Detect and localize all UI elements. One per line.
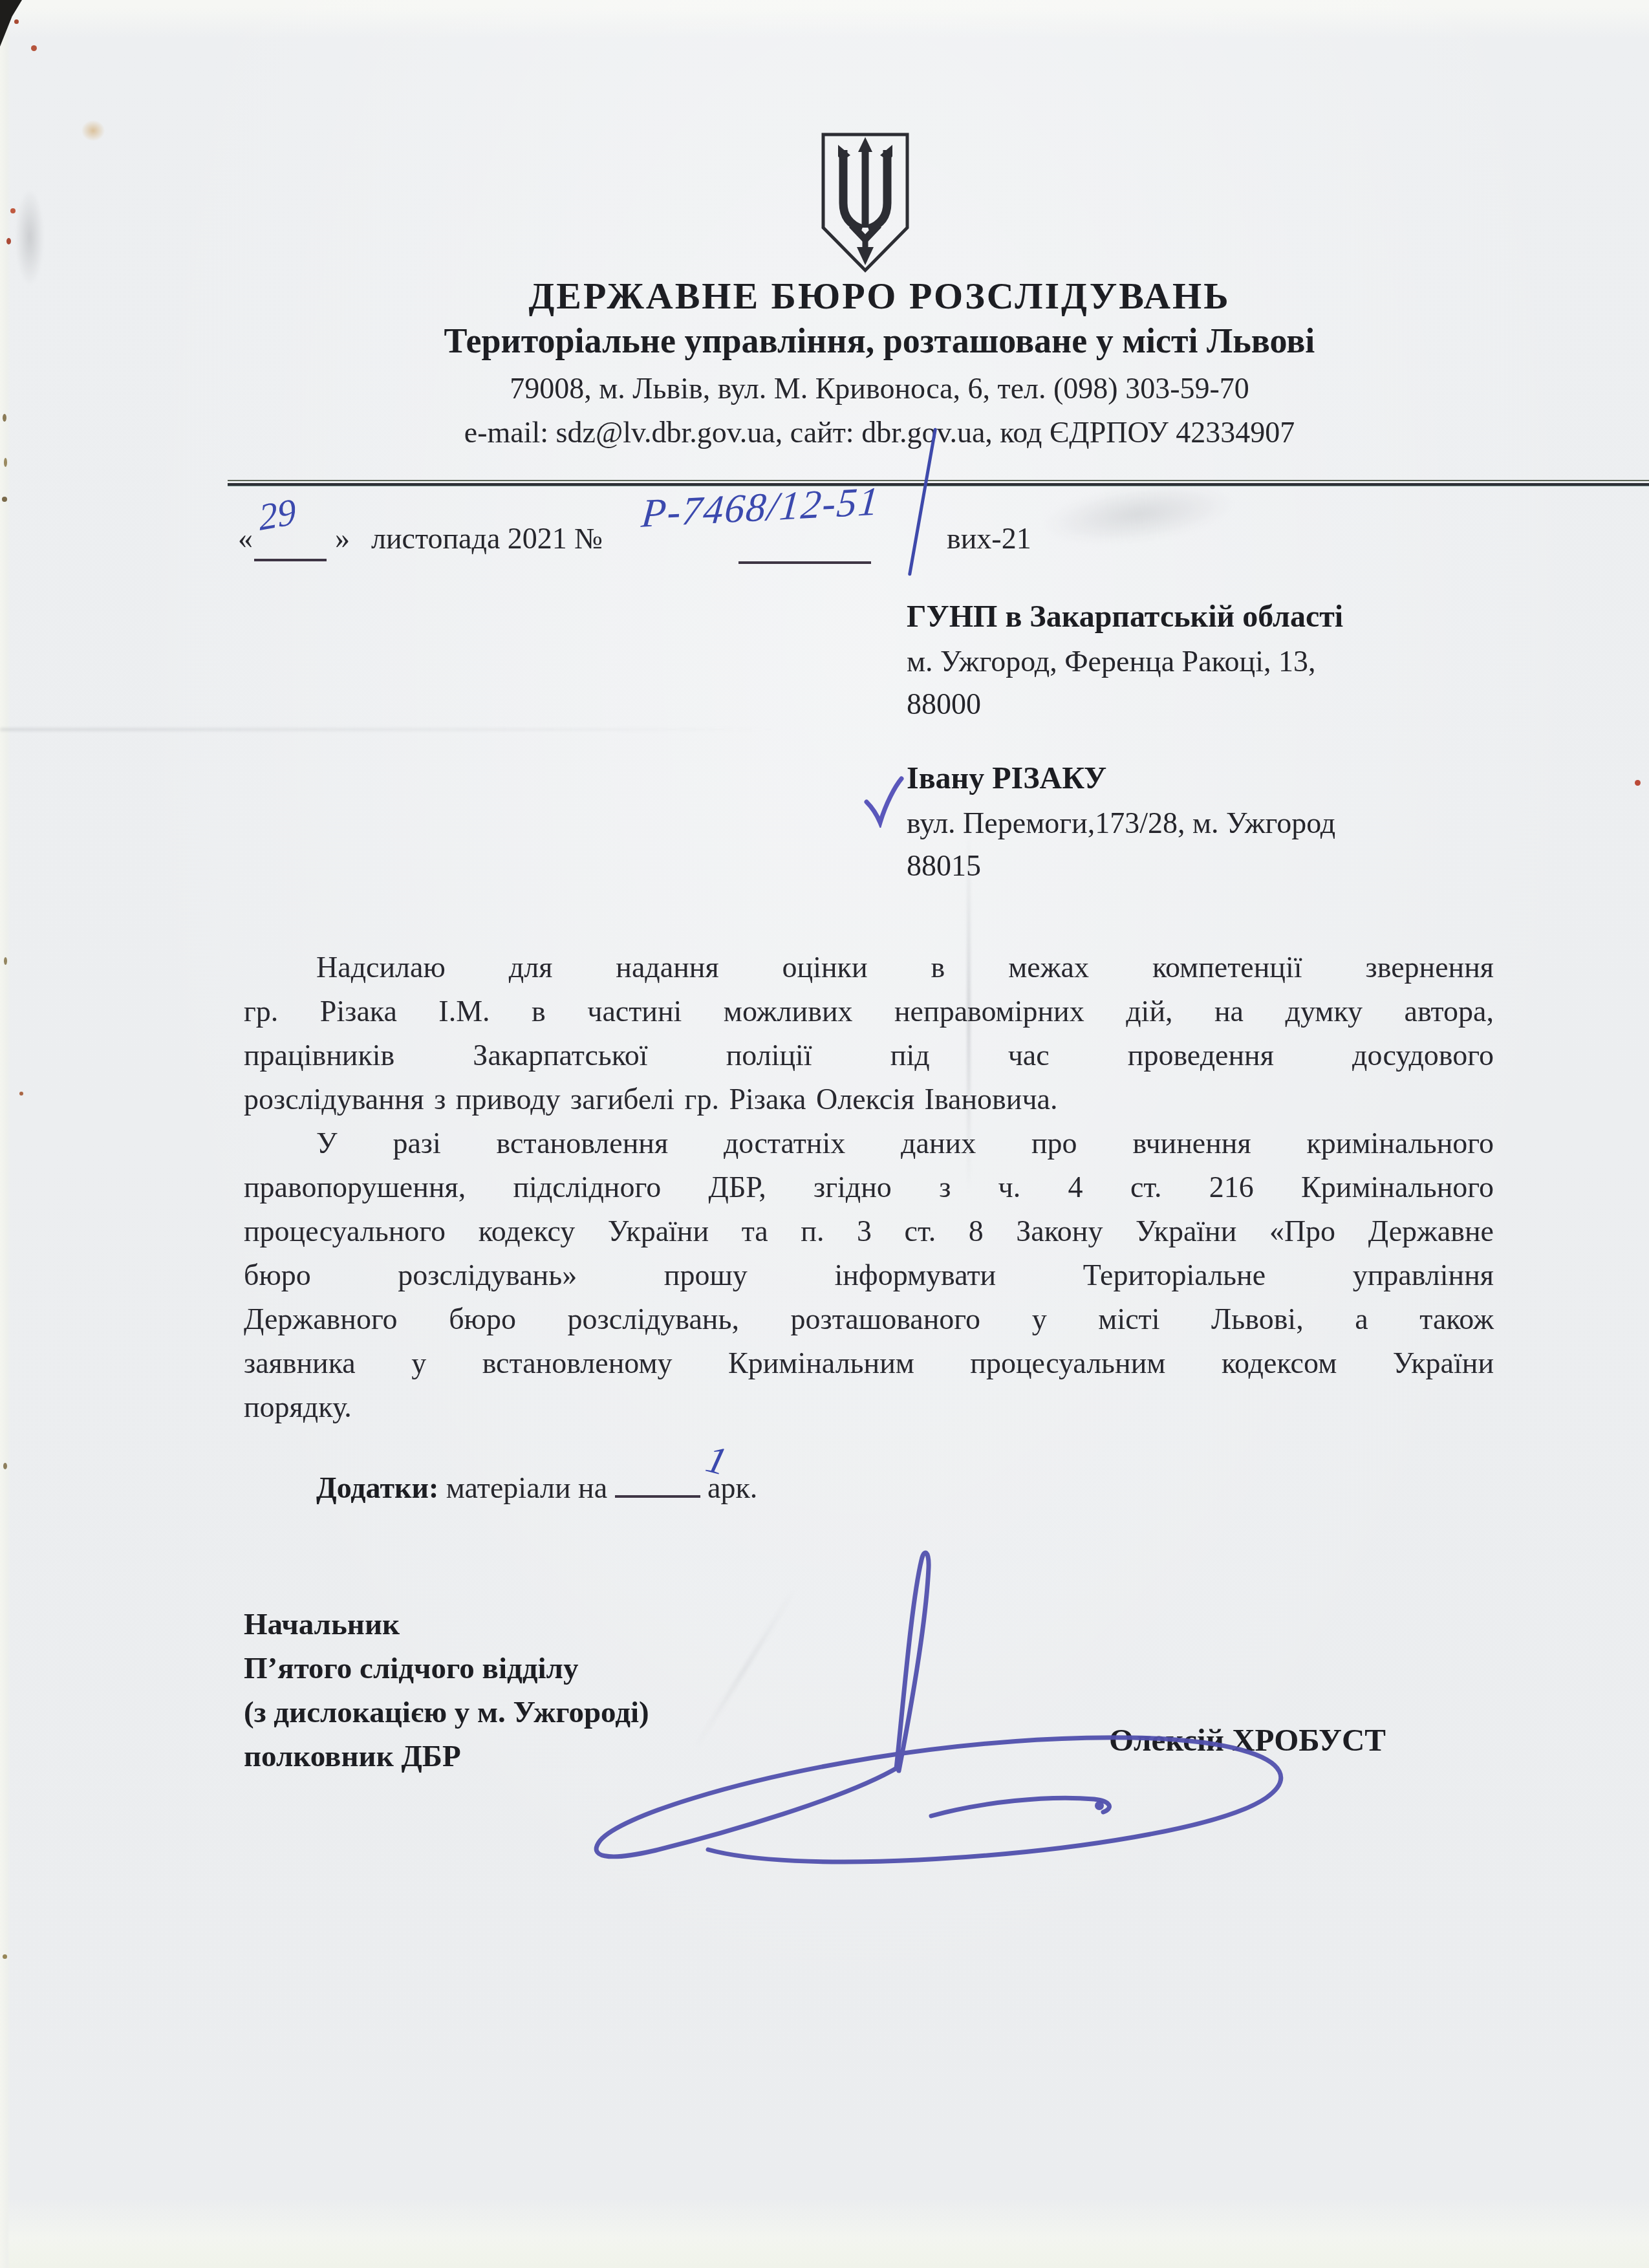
body-line: порядку.: [244, 1385, 1494, 1429]
dust-speck: [4, 458, 7, 467]
dust-speck: [4, 957, 7, 965]
checkmark-icon: [863, 773, 904, 828]
recipient2-street: вул. Перемоги,173/28, м. Ужгород: [907, 806, 1335, 840]
dust-speck: [19, 1092, 23, 1096]
recipient1-name: ГУНП в Закарпатській області: [907, 599, 1343, 634]
date-month-year: листопада 2021 №: [371, 521, 603, 556]
body-line: бюро розслідувань» прошу інформувати Тер…: [244, 1253, 1494, 1297]
paper-smudge: [16, 189, 44, 286]
recipient2-postcode: 88015: [907, 848, 981, 883]
handwritten-day: 29: [257, 490, 297, 539]
scanned-letter-page: ДЕРЖАВНЕ БЮРО РОЗСЛІДУВАНЬ Територіальне…: [0, 0, 1649, 2268]
dust-speck: [6, 238, 11, 244]
scan-left-edge-strip: [0, 0, 10, 2268]
body-line: розслідування з приводу загибелі гр. Різ…: [244, 1077, 1494, 1121]
dust-speck: [3, 1954, 7, 1959]
org-address: 79008, м. Львів, вул. М. Кривоноса, 6, т…: [129, 371, 1630, 405]
signature-stroke: [569, 1539, 1319, 1875]
dust-speck: [2, 497, 7, 502]
org-contacts: e-mail: sdz@lv.dbr.gov.ua, сайт: dbr.gov…: [129, 415, 1630, 449]
body-line: заявника у встановленому Кримінальним пр…: [244, 1341, 1494, 1385]
date-open-quote: «: [238, 521, 253, 556]
body-line: У разі встановлення достатніх даних про …: [244, 1121, 1494, 1165]
trident-emblem-icon: [817, 131, 914, 274]
recipient1-street: м. Ужгород, Ференца Ракоці, 13,: [907, 644, 1315, 678]
ref-number-suffix: вих-21: [947, 521, 1031, 556]
body-line: процесуального кодексу України та п. 3 с…: [244, 1209, 1494, 1253]
body-line: гр. Різака І.М. в частині можливих непра…: [244, 989, 1494, 1033]
org-unit: Територіальне управління, розташоване у …: [129, 321, 1630, 361]
handwritten-slash-stroke: [908, 427, 937, 576]
recipient2-name: Івану РІЗАКУ: [907, 761, 1106, 796]
attachments-label: Додатки:: [316, 1471, 438, 1504]
dust-speck: [1635, 780, 1641, 786]
date-close-quote: »: [335, 521, 350, 556]
paper-crease: [0, 728, 776, 731]
attachments-line: Додатки: матеріали на арк.: [316, 1469, 757, 1505]
letterhead-divider-rule: [228, 480, 1649, 488]
paper-stain: [81, 120, 105, 141]
body-line: працівників Закарпатської поліції під ча…: [244, 1033, 1494, 1077]
date-day-blank: [254, 559, 327, 561]
dust-speck: [10, 208, 16, 213]
dust-speck: [31, 45, 37, 51]
body-line: Державного бюро розслідувань, розташован…: [244, 1297, 1494, 1341]
ref-number-blank: [738, 561, 871, 564]
attachments-text-before: матеріали на: [446, 1471, 607, 1504]
dust-speck: [3, 1463, 7, 1469]
attachments-count-blank: [615, 1469, 700, 1498]
body-line: правопорушення, підслідного ДБР, згідно …: [244, 1165, 1494, 1209]
recipient1-postcode: 88000: [907, 687, 981, 721]
dust-speck: [14, 19, 19, 24]
letter-body: Надсилаю для надання оцінки в межах комп…: [244, 945, 1494, 1429]
org-name: ДЕРЖАВНЕ БЮРО РОЗСЛІДУВАНЬ: [129, 274, 1630, 318]
dust-speck: [3, 414, 6, 422]
body-line: Надсилаю для надання оцінки в межах комп…: [244, 945, 1494, 989]
